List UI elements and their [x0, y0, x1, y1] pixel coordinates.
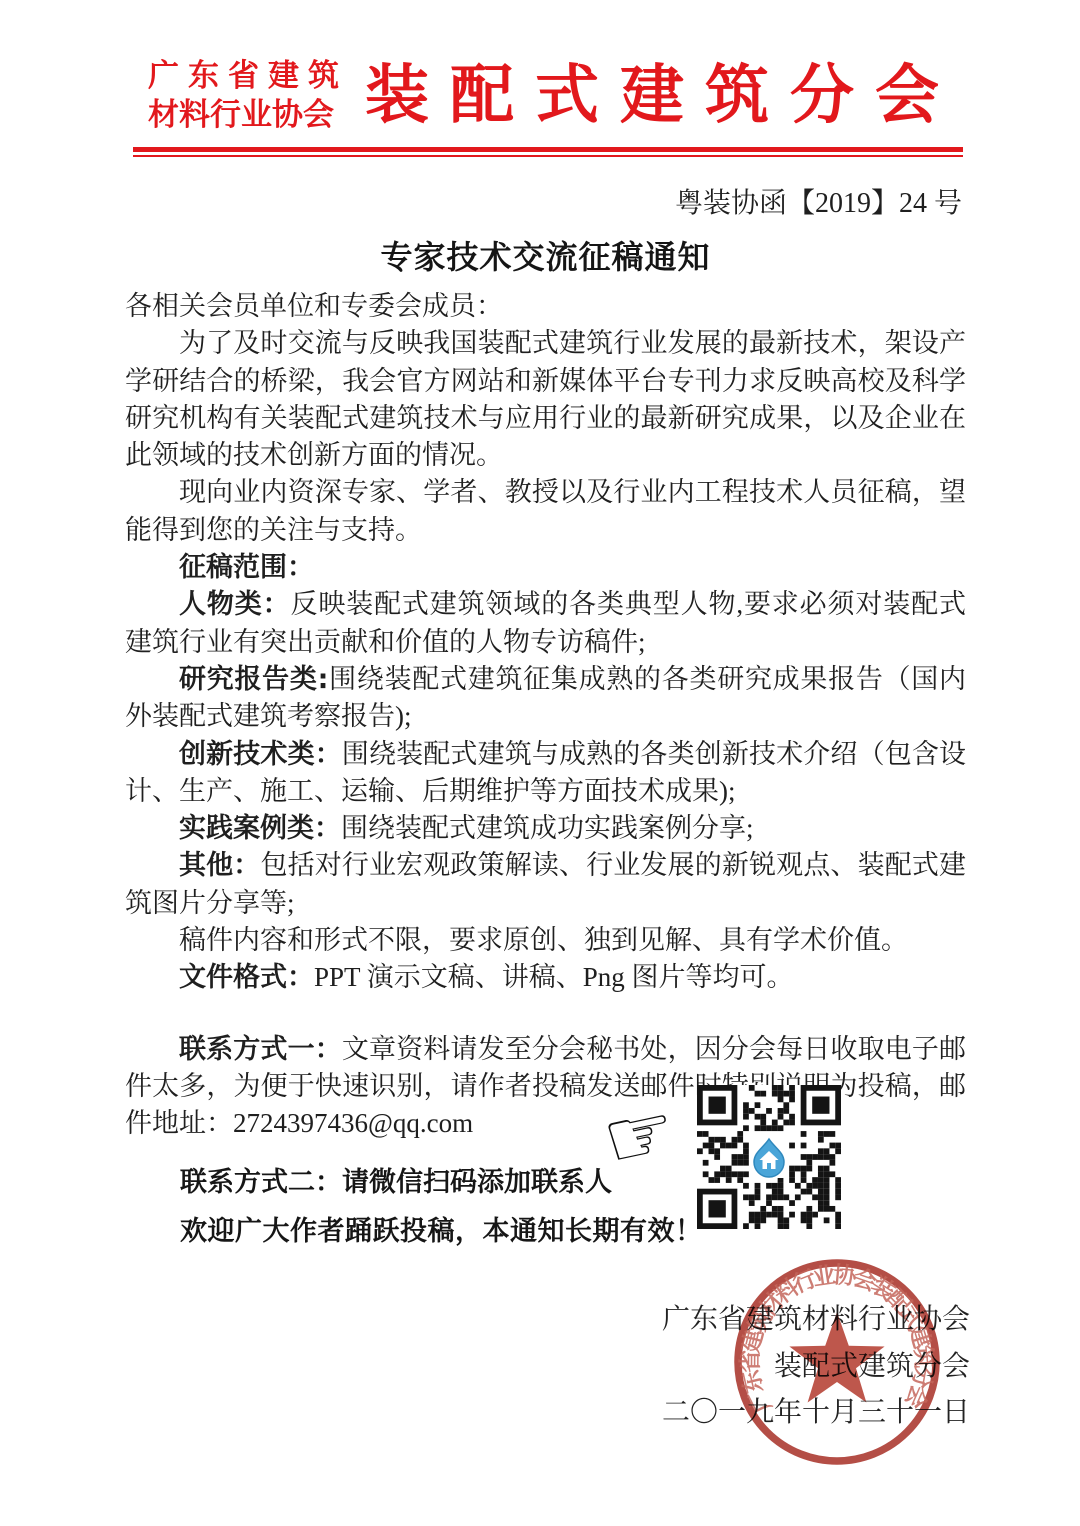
- doc-number: 粤装协函【2019】24 号: [675, 181, 962, 221]
- seal-star: [789, 1312, 884, 1403]
- paragraph-label: 文件格式：: [179, 962, 314, 993]
- contact-method-2: 联系方式二：请微信扫码添加联系人: [180, 1160, 612, 1199]
- org-name: 广东省建筑 材料行业协会: [148, 57, 348, 135]
- paragraph-text: 现向业内资深专家、学者、教授以及行业内工程技术人员征稿，望能得到您的关注与支持。: [125, 477, 966, 544]
- paragraph: 创新技术类：围绕装配式建筑与成熟的各类创新技术介绍（包含设计、生产、施工、运输、…: [125, 736, 966, 811]
- paragraph-label: 实践案例类：: [179, 813, 341, 844]
- paragraph: 为了及时交流与反映我国装配式建筑行业发展的最新技术，架设产学研结合的桥梁，我会官…: [125, 325, 966, 474]
- paragraph-text: 围绕装配式建筑成功实践案例分享;: [341, 813, 754, 843]
- paragraph: 其他：包括对行业宏观政策解读、行业发展的新锐观点、装配式建筑图片分享等;: [125, 847, 966, 922]
- paragraph: 文件格式：PPT 演示文稿、讲稿、Png 图片等均可。: [125, 959, 966, 996]
- notice-title: 专家技术交流征稿通知: [125, 232, 966, 278]
- paragraph-text: PPT 演示文稿、讲稿、Png 图片等均可。: [314, 962, 794, 992]
- paragraph: 征稿范围：: [125, 549, 966, 586]
- paragraph-text: 稿件内容和形式不限，要求原创、独到见解、具有学术价值。: [179, 925, 908, 955]
- paragraph: 现向业内资深专家、学者、教授以及行业内工程技术人员征稿，望能得到您的关注与支持。: [125, 474, 966, 549]
- org-name-line2: 材料行业协会: [148, 96, 348, 135]
- paragraph-label: 创新技术类：: [179, 739, 342, 770]
- paragraph: 实践案例类：围绕装配式建筑成功实践案例分享;: [125, 810, 966, 847]
- wechat-qr-code: [697, 1085, 841, 1229]
- divider-thick-line: [133, 147, 963, 152]
- paragraph: 稿件内容和形式不限，要求原创、独到见解、具有学术价值。: [125, 922, 966, 959]
- paragraph: 人物类：反映装配式建筑领域的各类典型人物,要求必须对装配式建筑行业有突出贡献和价…: [125, 586, 966, 661]
- official-seal: 广东省建筑材料行业协会装配式建筑分会: [727, 1252, 947, 1472]
- paragraph-label: 其他：: [179, 850, 260, 881]
- paragraph-label: 人物类：: [179, 589, 290, 620]
- letterhead-divider: [133, 147, 963, 157]
- paragraph-label: 征稿范围：: [179, 552, 314, 583]
- branch-name: 装配式建筑分会: [365, 44, 960, 136]
- welcome-line: 欢迎广大作者踊跃投稿，本通知长期有效！: [180, 1209, 703, 1248]
- org-name-line1: 广东省建筑: [148, 57, 348, 96]
- paragraph-label: 研究报告类:: [179, 664, 328, 695]
- paragraph-text: 为了及时交流与反映我国装配式建筑行业发展的最新技术，架设产学研结合的桥梁，我会官…: [125, 328, 966, 470]
- notice-body: 各相关会员单位和专委会成员： 为了及时交流与反映我国装配式建筑行业发展的最新技术…: [125, 288, 966, 1143]
- notice-paragraphs: 为了及时交流与反映我国装配式建筑行业发展的最新技术，架设产学研结合的桥梁，我会官…: [125, 325, 966, 996]
- document-page: 广东省建筑 材料行业协会 装配式建筑分会 粤装协函【2019】24 号 专家技术…: [0, 0, 1080, 1526]
- divider-thin-line: [133, 155, 963, 157]
- salutation: 各相关会员单位和专委会成员：: [125, 288, 966, 325]
- paragraph: 研究报告类:围绕装配式建筑征集成熟的各类研究成果报告（国内外装配式建筑考察报告)…: [125, 661, 966, 736]
- contact-method-1-label: 联系方式一：: [179, 1034, 342, 1065]
